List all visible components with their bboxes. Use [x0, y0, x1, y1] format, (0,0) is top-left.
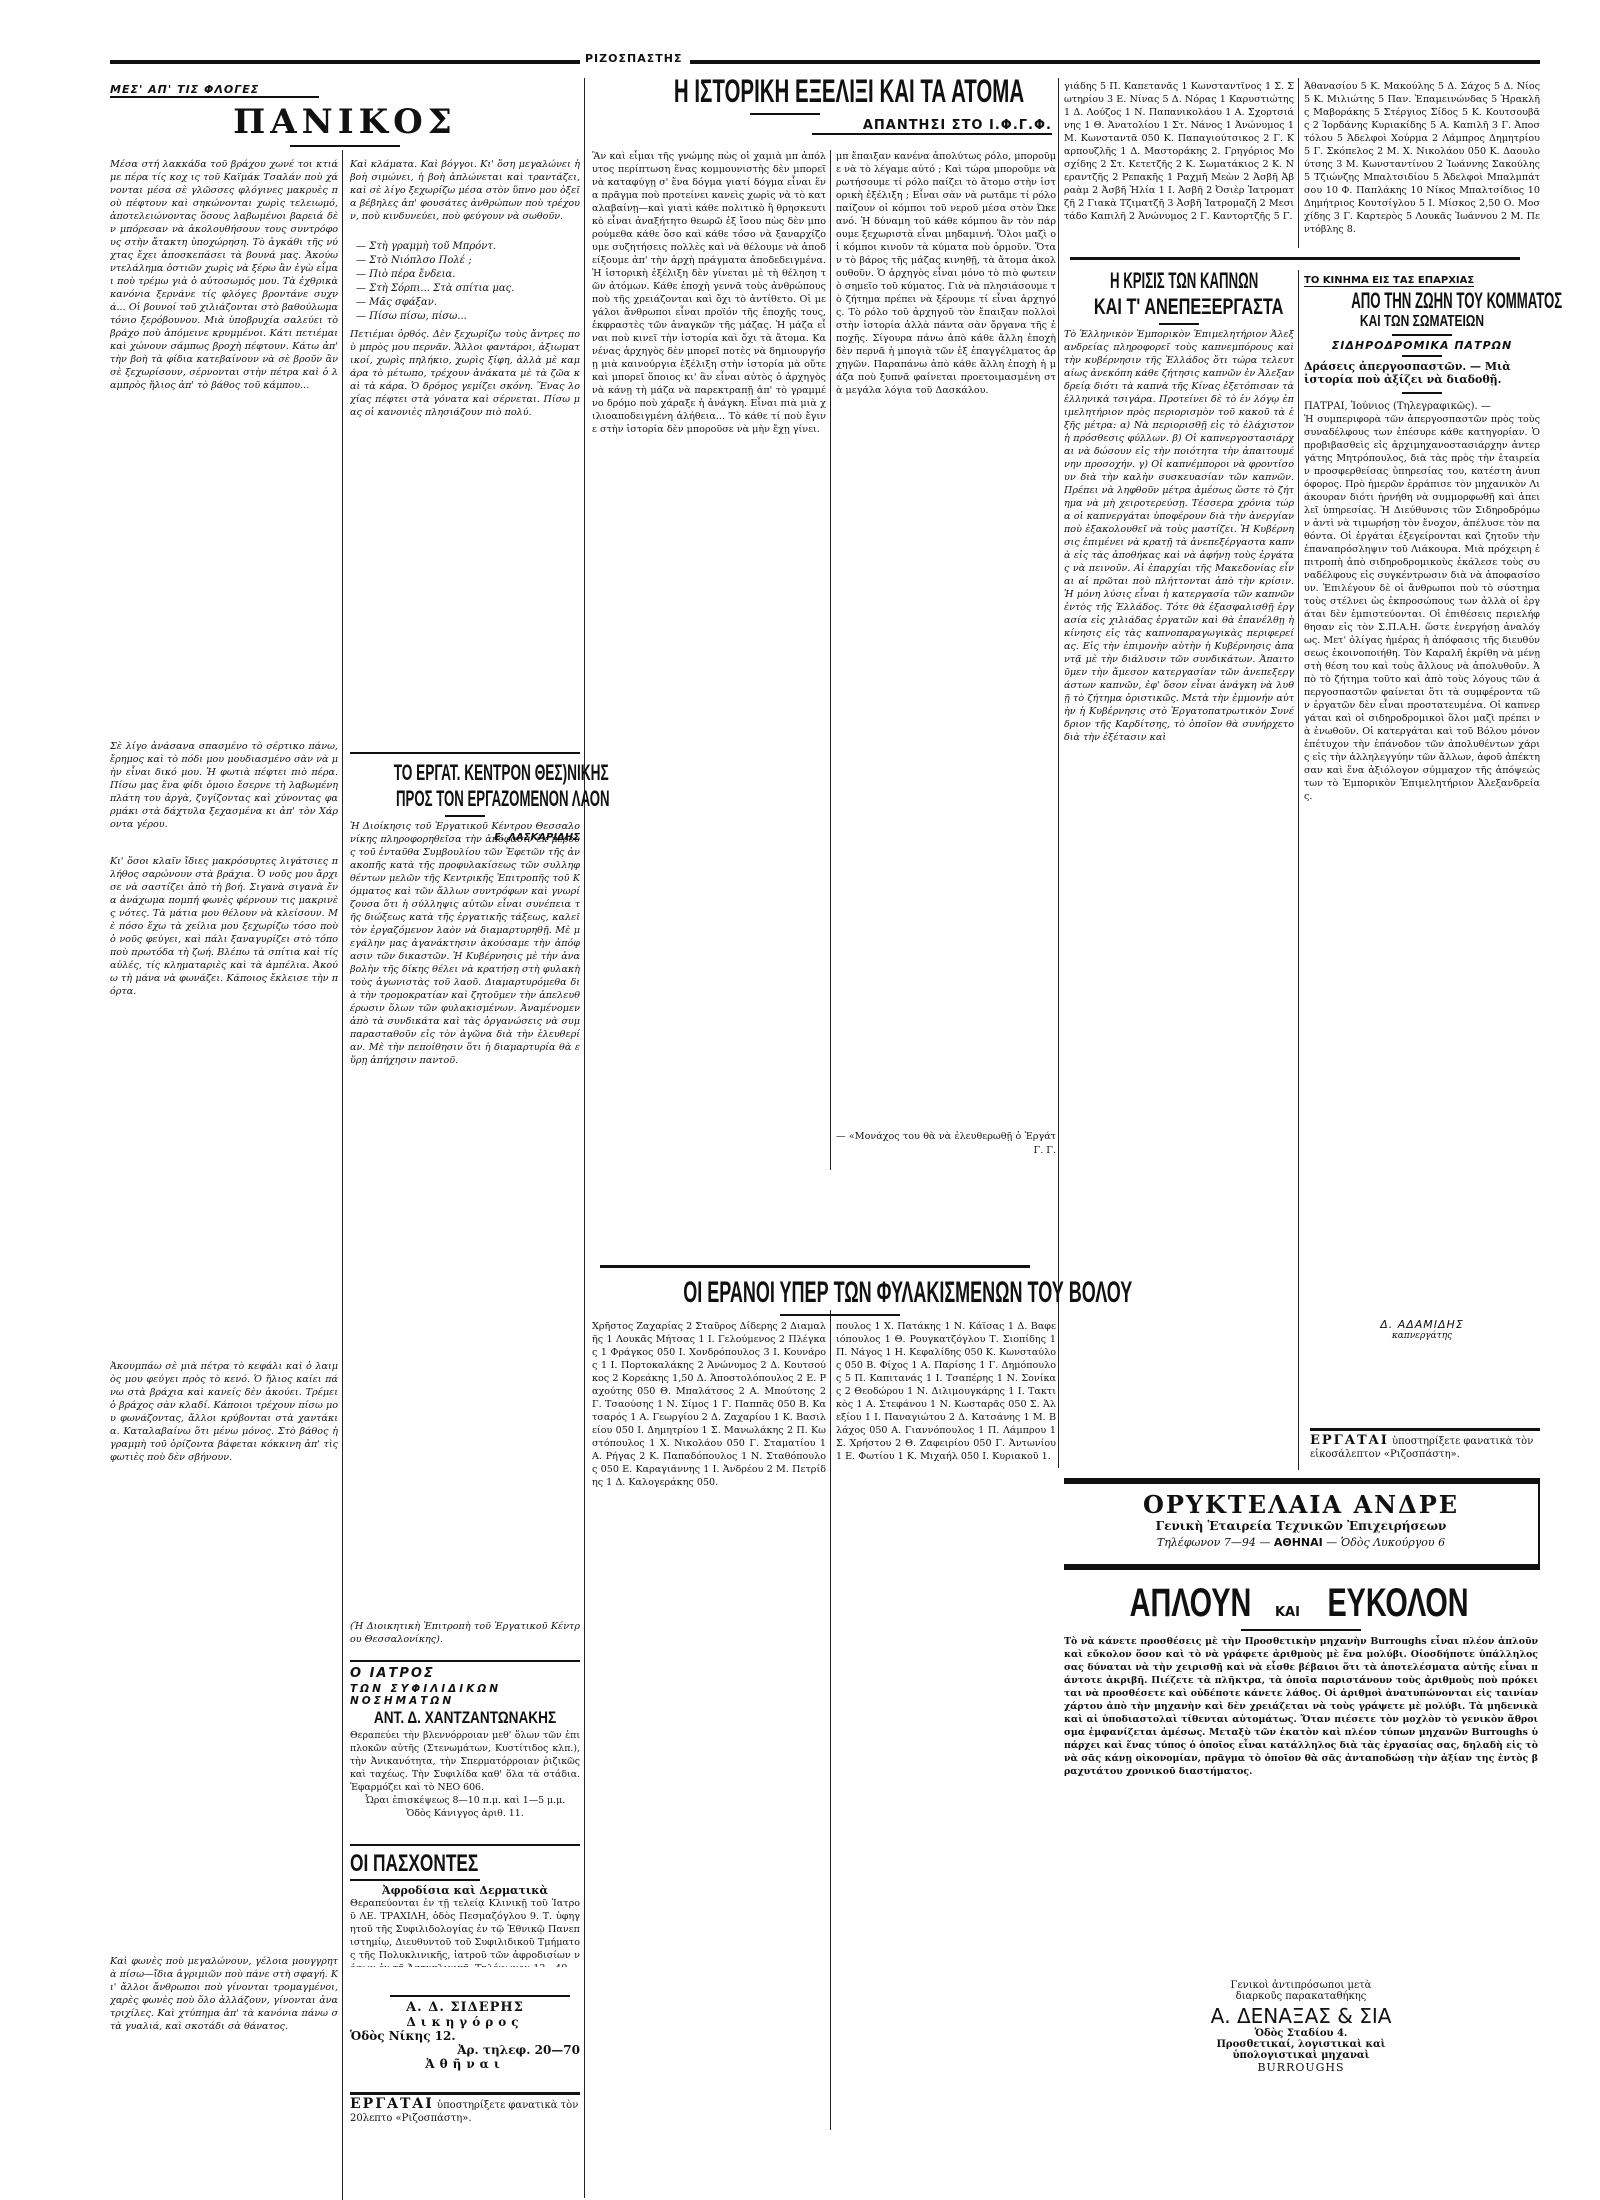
article-signature: (Ἡ Διοικητικὴ Ἐπιτροπὴ τοῦ Ἐργατικοῦ Κέν… [350, 1620, 580, 1648]
column-rule [1298, 78, 1299, 248]
ad-headline-part: ΑΠΛΟΥΝ [1130, 1580, 1252, 1626]
dialogue-line: — Πιὸ πέρα ἔνδεια. [356, 268, 580, 282]
headline-underline [1241, 1629, 1361, 1631]
ad-name: ΟΡΥΚΤΕΛΑΙΑ ΑΝΔΡΕ [1064, 1490, 1538, 1519]
section-title: ΣΙΔΗΡΟΔΡΟΜΙΚΑ ΠΑΤΡΩΝ [1304, 339, 1540, 352]
masthead-title: ΡΙΖΟΣΠΑΣΤΗΣ [585, 52, 680, 65]
article-body: Ἀκουμπάω σὲ μιὰ πέτρα τὸ κεφάλι καὶ ὁ λα… [110, 1360, 338, 1950]
article-tobacco-crisis: Η ΚΡΙΣΙΣ ΤΩΝ ΚΑΠΝΩΝ ΚΑΙ Τ' ΑΝΕΠΕΞΕΡΓΑΣΤΑ… [1064, 268, 1294, 1458]
article-body: Ἡ συμπεριφορὰ τῶν ἀπεργοσπαστῶν πρὸς τοὺ… [1304, 413, 1540, 1318]
article-body: Ἂν καὶ εἶμαι τῆς γνώμης πὼς οἱ χαμιὰ μπ … [592, 150, 826, 1172]
column-rule [342, 150, 343, 2200]
dialogue-list: — Στὴ γραμμὴ τοῦ Μπρόντ.— Στὸ Νιόπλσο Πο… [356, 240, 580, 324]
masthead-rule-left [110, 60, 580, 64]
ad-body: Θεραπεύει τὴν βλεννόρροιαν μεθ' ὅλων τῶν… [350, 1729, 580, 1794]
article-subheadline: ΠΡΟΣ ΤΟΝ ΕΡΓΑΖΟΜΕΝΟΝ ΛΑΟΝ [396, 786, 534, 812]
article-subheadline: ΚΑΙ Τ' ΑΝΕΠΕΞΕΡΓΑΣΤΑ [1094, 294, 1264, 320]
ad-address: Ὁδὸς Κάνιγγος ἀριθ. 11. [350, 1807, 580, 1820]
article-donations: ΟΙ ΕΡΑΝΟΙ ΥΠΕΡ ΤΩΝ ΦΥΛΑΚΙΣΜΕΝΩΝ ΤΟΥ ΒΟΛΟ… [590, 1275, 1056, 1319]
article-signature: Γ. Γ. [836, 1144, 1056, 1157]
dialogue-line: — Στὴ Σόρπι... Στὰ σπίτια μας. [356, 282, 580, 296]
ad-clinic: ΟΙ ΠΑΣΧΟΝΤΕΣ Ἀφροδίσια καὶ Δερματικὰ Θερ… [350, 1850, 580, 1967]
ad-products: ὑπολογιστικαὶ μηχαναὶ [1064, 2050, 1538, 2061]
headline-underline [1402, 355, 1442, 357]
article-headline: ΟΙ ΕΡΑΝΟΙ ΥΠΕΡ ΤΩΝ ΦΥΛΑΚΙΣΜΕΝΩΝ ΤΟΥ ΒΟΛΟ… [683, 1275, 963, 1311]
column-rule [584, 78, 585, 2198]
article-subheadline: ΚΑΙ ΤΩΝ ΣΩΜΑΤΕΙΩΝ [1334, 313, 1511, 331]
article-history: Η ΙΣΤΟΡΙΚΗ ΕΞΕΛΙΞΙ ΚΑΙ ΤΑ ΑΤΟΜΑ ΑΠΑΝΤΗΣΙ… [590, 72, 1056, 135]
ad-role: Δικηγόρος [350, 2015, 580, 2029]
ad-burroughs: ΑΠΛΟΥΝΚΑΙΕΥΚΟΛΟΝ Τὸ νὰ κάνετε προσθέσεις… [1064, 1580, 1538, 2074]
section-divider [1070, 257, 1520, 260]
headline-underline [1392, 334, 1452, 336]
dialogue-line: — Πίσω πίσω, πίσω... [356, 310, 580, 324]
article-closing: — «Μονάχος του θὰ νὰ ἐλευθερωθῇ ὁ Ἐργάτη… [836, 1130, 1056, 1144]
donations-list-continued: γιάδης 5 Π. Καπετανᾶς 1 Κωνσταντῖνος 1 Σ… [1064, 80, 1294, 240]
headline-underline [1402, 392, 1442, 394]
donations-list-continued: Ἀθανασίου 5 Κ. Μακούλης 5 Δ. Σάχος 5 Δ. … [1304, 80, 1540, 240]
article-signature: Δ. ΑΔΑΜΙΔΗΣ [1304, 1318, 1540, 1331]
ad-body: Τὸ νὰ κάνετε προσθέσεις μὲ τὴν Προσθετικ… [1064, 1635, 1538, 1980]
newspaper-page: ΡΙΖΟΣΠΑΣΤΗΣ ΜΕΣ' ΑΠ' ΤΙΣ ΦΛΟΓΕΣ ΠΑΝΙΚΟΣ … [110, 0, 1540, 2200]
ad-lawyer: Α. Δ. ΣΙΔΕΡΗΣ Δικηγόρος Ὁδὸς Νίκης 12. Ἀ… [350, 2000, 580, 2071]
section-divider [600, 1265, 1030, 1268]
donations-list: πουλος 1 Χ. Πατάκης 1 Ν. Κάϊσας 1 Δ. Βαφ… [836, 1320, 1056, 2130]
dialogue-line: — Στὴ γραμμὴ τοῦ Μπρόντ. [356, 240, 580, 254]
article-subheadline: ΑΠΑΝΤΗΣΙ ΣΤΟ Ι.Φ.Γ.Φ. [812, 118, 1052, 135]
article-party-movement: ΤΟ ΚΙΝΗΜΑ ΕΙΣ ΤΑΣ ΕΠΑΡΧΙΑΣ ΑΠΟ ΤΗΝ ΖΩΗΝ … [1304, 268, 1540, 1341]
dialogue-line: — Μᾶς σφάξαν. [356, 296, 580, 310]
masthead-rule-right [690, 60, 1540, 64]
article-headline: ΑΠΟ ΤΗΝ ΖΩΗΝ ΤΟΥ ΚΟΜΜΑΤΟΣ [1351, 289, 1493, 313]
section-divider [1310, 1428, 1540, 1431]
section-divider [350, 752, 580, 754]
ad-body: Θεραπεύονται ἐν τῇ τελείᾳ Κλινικῇ τοῦ Ἰα… [350, 1897, 580, 1967]
ad-street: Ὁδὸς Νίκης 12. [350, 2029, 580, 2043]
ad-headline-part: ΚΑΙ [1275, 1605, 1300, 1620]
article-body: Μέσα στή λακκάδα τοῦ βράχου χωνέ τοι κτι… [110, 158, 338, 738]
column-rule [830, 150, 831, 1170]
headline-underline [750, 113, 820, 115]
ad-subtitle: Ἀφροδίσια καὶ Δερματικὰ [350, 1884, 580, 1897]
ad-phone: Ἀρ. τηλεφ. 20—70 [350, 2043, 580, 2057]
article-headline: Η ΚΡΙΣΙΣ ΤΩΝ ΚΑΠΝΩΝ [1110, 268, 1248, 294]
ad-agent: διαρκοῦς παρακαταθήκης [1064, 1991, 1538, 2002]
ad-address: Ὁδὸς Λυκούργου 6 [1341, 1536, 1445, 1549]
ad-headline-part: ΕΥΚΟΛΟΝ [1327, 1580, 1468, 1626]
article-body: μπ ἔπαιξαν κανένα ἀπολύτως ρόλο, μποροῦμ… [836, 150, 1056, 1130]
article-body-col2: Καὶ κλάματα. Καὶ βόγγοι. Κι' ὅση μεγαλών… [350, 158, 580, 843]
section-divider [390, 1995, 570, 1997]
ad-doctor: Ο ΙΑΤΡΟΣ ΤΩΝ ΣΥΦΙΛΙΔΙΚΩΝ ΝΟΣΗΜΑΤΩΝ ΑΝΤ. … [350, 1666, 580, 1820]
ad-city: ΑΘΗΝΑΙ [1274, 1536, 1323, 1549]
ad-phone: Τηλέφωνον 7—94 [1157, 1536, 1256, 1549]
headline-underline [350, 1879, 480, 1881]
workers-notice: ΕΡΓΑΤΑΙ ὑποστηρίξετε φανατικὰ τὸν εἰκοσά… [1310, 1434, 1540, 1461]
headline-underline [445, 815, 485, 817]
headline-underline [780, 1314, 900, 1316]
article-headline: Η ΙΣΤΟΡΙΚΗ ΕΞΕΛΙΞΙ ΚΑΙ ΤΑ ΑΤΟΜΑ [674, 72, 972, 110]
column-rule [830, 1310, 831, 2130]
article-kicker: ΜΕΣ' ΑΠ' ΤΙΣ ΦΛΟΓΕΣ [110, 83, 319, 98]
ad-andre: ΟΡΥΚΤΕΛΑΙΑ ΑΝΔΡΕ Γενικὴ Ἑταιρεία Τεχνικῶ… [1064, 1478, 1540, 1570]
ad-products: Προσθετικαί, λογιστικαὶ καὶ [1064, 2039, 1538, 2050]
signature-role: καπνεργάτης [1304, 1331, 1540, 1341]
ad-subtitle: Γενικὴ Ἑταιρεία Τεχνικῶν Ἐπιχειρήσεων [1064, 1519, 1538, 1533]
section-divider [350, 1844, 580, 1846]
ad-city: Ἀθῆναι [350, 2057, 580, 2071]
headline-underline [1159, 323, 1199, 325]
article-body: Τὸ Ἑλληνικὸν Ἐμπορικὸν Ἐπιμελητήριον Ἀλε… [1064, 328, 1294, 1458]
ad-hours: Ὧραι ἐπισκέψεως 8—10 π.μ. καὶ 1—5 μ.μ. [350, 1794, 580, 1807]
article-body-right: μπ ἔπαιξαν κανένα ἀπολύτως ρόλο, μποροῦμ… [836, 150, 1056, 1157]
ad-agent: Γενικοὶ ἀντιπρόσωποι μετὰ [1064, 1980, 1538, 1991]
article-body: Καὶ κλάματα. Καὶ βόγγοι. Κι' ὅση μεγαλών… [350, 158, 580, 238]
article-body: Κι' ὅσοι κλαῖν ἴδιες μακρόσυρτες λιγάτσι… [110, 855, 338, 1355]
ad-street: Ὁδὸς Σταδίου 4. [1064, 2028, 1538, 2039]
column-rule [1298, 270, 1299, 1470]
ad-company: Α. ΔΕΝΑΞΑΣ & ΣΙΑ [1064, 2004, 1538, 2028]
article-kicker: ΤΟ ΚΙΝΗΜΑ ΕΙΣ ΤΑΣ ΕΠΑΡΧΙΑΣ [1304, 275, 1474, 287]
dialogue-line: — Στὸ Νιόπλσο Πολέ ; [356, 254, 580, 268]
ad-brand: BURROUGHS [1064, 2061, 1538, 2074]
ad-subtitle: ΤΩΝ ΣΥΦΙΛΙΔΙΚΩΝ ΝΟΣΗΜΑΤΩΝ [350, 1683, 580, 1707]
ad-title: Ο ΙΑΤΡΟΣ [350, 1666, 580, 1681]
masthead: ΡΙΖΟΣΠΑΣΤΗΣ [110, 55, 1540, 67]
column-rule [1058, 78, 1059, 1468]
donations-list: Χρῆστος Ζαχαρίας 2 Σταῦρος Δίδερης 2 Δια… [592, 1320, 826, 2130]
workers-notice: ΕΡΓΑΤΑΙ ὑποστηρίξετε φανατικὰ τὸν 20λεπτ… [350, 2098, 580, 2125]
ad-title: ΟΙ ΠΑΣΧΟΝΤΕΣ [350, 1850, 516, 1878]
article-headline: ΤΟ ΕΡΓΑΤ. ΚΕΝΤΡΟΝ ΘΕΣ)ΝΙΚΗΣ [394, 760, 537, 786]
headline-underline [290, 145, 400, 147]
article-body: Καὶ φωνὲς ποὺ μεγαλώνουν, γέλοια μουγγρη… [110, 1955, 338, 2195]
ad-name: Α. Δ. ΣΙΔΕΡΗΣ [350, 2000, 580, 2015]
article-body: Ἡ Διοίκησις τοῦ Ἐργατικοῦ Κέντρου Θεσσαλ… [350, 820, 580, 1620]
article-ergatiko-kentro: ΤΟ ΕΡΓΑΤ. ΚΕΝΤΡΟΝ ΘΕΣ)ΝΙΚΗΣ ΠΡΟΣ ΤΟΝ ΕΡΓ… [350, 760, 580, 1648]
section-divider [350, 2092, 580, 2095]
article-panikos: ΜΕΣ' ΑΠ' ΤΙΣ ΦΛΟΓΕΣ ΠΑΝΙΚΟΣ [110, 78, 580, 150]
ad-name: ΑΝΤ. Δ. ΧΑΝΤΖΑΝΤΩΝΑΚΗΣ [373, 1707, 557, 1729]
article-dateline: ΠΑΤΡΑΙ, Ἰούνιος (Τηλεγραφικῶς). — [1304, 400, 1540, 413]
section-divider [350, 1660, 580, 1662]
article-lede: Δράσεις ἀπεργοσπαστῶν. — Μιὰ ἱστορία ποὺ… [1304, 360, 1540, 386]
notice-lead: ΕΡΓΑΤΑΙ [350, 2096, 434, 2112]
notice-lead: ΕΡΓΑΤΑΙ [1310, 1433, 1389, 1448]
article-headline: ΠΑΝΙΚΟΣ [110, 102, 580, 142]
ad-headline: ΑΠΛΟΥΝΚΑΙΕΥΚΟΛΟΝ [1064, 1580, 1538, 1626]
article-body: Σὲ λίγο ἀνάσανα σπασμένο τὸ σέρτικο πάνω… [110, 740, 338, 850]
